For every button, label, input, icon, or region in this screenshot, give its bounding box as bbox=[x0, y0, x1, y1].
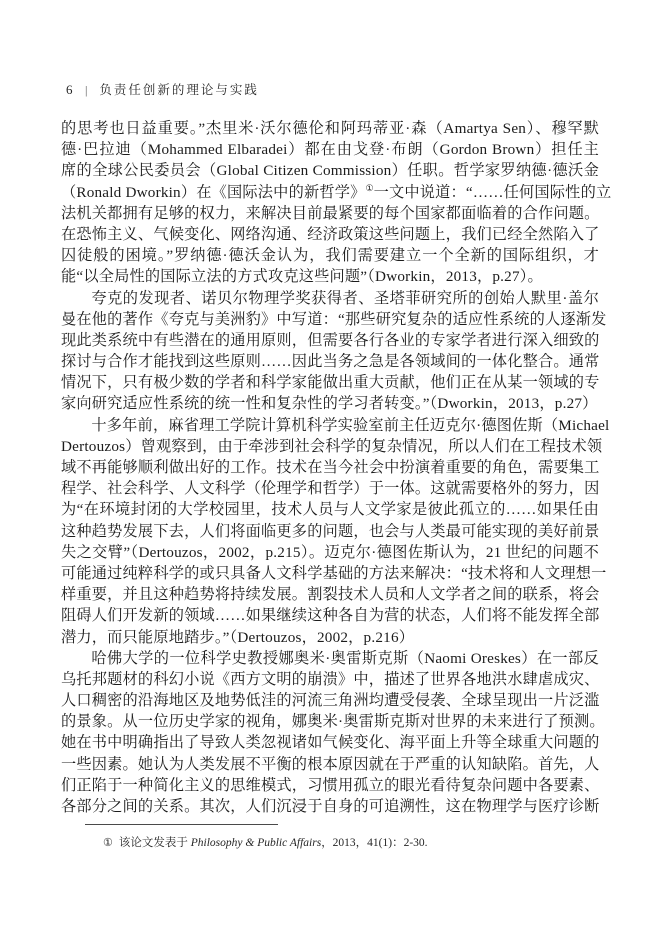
text-line: （Ronald Dworkin）在《国际法中的新哲学》①一文中说道：“……任何国… bbox=[61, 182, 599, 203]
footnote-ref: ① bbox=[366, 183, 374, 193]
text-line: 这种趋势发展下去，人们将面临更多的问题，也会与人类最可能实现的美好前景 bbox=[61, 521, 599, 542]
text-line: 法机关都拥有足够的权力，来解决目前最紧要的每个国家都面临着的合作问题。 bbox=[61, 203, 599, 224]
header-separator: | bbox=[85, 83, 87, 98]
text-line: 家向研究适应性系统的统一性和复杂性的学习者转变。”（Dworkin，2013，p… bbox=[61, 393, 599, 414]
text-line: 各部分之间的关系。其次，人们沉浸于自身的可追溯性，这在物理学与医疗诊断 bbox=[61, 796, 599, 817]
text-line: 的思考也日益重要。”杰里米·沃尔德伦和阿玛蒂亚·森（Amartya Sen）、穆… bbox=[61, 118, 599, 139]
text-line: 能“以全局性的国际立法的方式攻克这些问题”（Dworkin，2013，p.27）… bbox=[61, 266, 599, 287]
text-line: 样重要，并且这种趋势将持续发展。割裂技术人员和人文学者之间的联系，将会 bbox=[61, 584, 599, 605]
chapter-title: 负责任创新的理论与实践 bbox=[99, 80, 259, 98]
text-line: 席的全球公民委员会（Global Citizen Commission）任职。哲… bbox=[61, 160, 599, 181]
text-line: 在恐怖主义、气候变化、网络沟通、经济政策这些问题上，我们已经全然陷入了 bbox=[61, 224, 599, 245]
text-line: 域不再能够顺利做出好的工作。技术在当今社会中扮演着重要的角色，需要集工 bbox=[61, 457, 599, 478]
text-line: 现此类系统中有些潜在的通用原则，但需要各行各业的专家学者进行深入细致的 bbox=[61, 330, 599, 351]
text-line: 阻碍人们开发新的领域……如果继续这种各自为营的状态，人们将不能发挥全部 bbox=[61, 605, 599, 626]
footnote-journal-name: Philosophy & Public Affairs bbox=[191, 837, 321, 849]
footnote-text-after: ，2013，41(1)：2-30. bbox=[321, 837, 427, 849]
text-line: 曼在他的著作《夸克与美洲豹》中写道：“那些研究复杂的适应性系统的人逐渐发 bbox=[61, 309, 599, 330]
text-line: 为“在环境封闭的大学校园里，技术人员与人文学家是彼此孤立的……如果任由 bbox=[61, 499, 599, 520]
text-line: 情况下，只有极少数的学者和科学家能做出重大贡献，他们正在从某一领域的专 bbox=[61, 372, 599, 393]
book-page: 6 | 负责任创新的理论与实践 的思考也日益重要。”杰里米·沃尔德伦和阿玛蒂亚·… bbox=[0, 0, 661, 925]
text-line: 德·巴拉迪（Mohammed Elbaradei）都在由戈登·布朗（Gordon… bbox=[61, 139, 599, 160]
text-line: 的景象。从一位历史学家的视角，娜奥米·奥雷斯克斯对世界的未来进行了预测。 bbox=[61, 711, 599, 732]
footnote: ①该论文发表于 Philosophy & Public Affairs，2013… bbox=[103, 835, 583, 851]
text-line: 可能通过纯粹科学的或只具备人文科学基础的方法来解决：“技术将和人文理想一 bbox=[61, 563, 599, 584]
text-line: 囚徒般的困境。”罗纳德·德沃金认为，我们需要建立一个全新的国际组织，才 bbox=[61, 245, 599, 266]
page-number: 6 bbox=[66, 82, 73, 98]
text-line: 夸克的发现者、诺贝尔物理学奖获得者、圣塔菲研究所的创始人默里·盖尔 bbox=[61, 288, 599, 309]
body-text: 的思考也日益重要。”杰里米·沃尔德伦和阿玛蒂亚·森（Amartya Sen）、穆… bbox=[61, 118, 599, 817]
text-line: 乌托邦题材的科幻小说《西方文明的崩溃》中，描述了世界各地洪水肆虐成灾、 bbox=[61, 669, 599, 690]
footnote-marker: ① bbox=[103, 837, 113, 849]
text-line: 程学、社会科学、人文科学（伦理学和哲学）于一体。这就需要格外的努力，因 bbox=[61, 478, 599, 499]
text-line: 探讨与合作才能找到这些原则……因此当务之急是各领域间的一体化整合。通常 bbox=[61, 351, 599, 372]
text-line: 哈佛大学的一位科学史教授娜奥米·奥雷斯克斯（Naomi Oreskes）在一部反 bbox=[61, 648, 599, 669]
text-line: 人口稠密的沿海地区及地势低洼的河流三角洲均遭受侵袭、全球呈现出一片泛滥 bbox=[61, 690, 599, 711]
text-line: 十多年前，麻省理工学院计算机科学实验室前主任迈克尔·德图佐斯（Michael bbox=[61, 415, 599, 436]
text-line: 们正陷于一种简化主义的思维模式，习惯用孤立的眼光看待复杂问题中各要素、 bbox=[61, 775, 599, 796]
footnote-text-before: 该论文发表于 bbox=[119, 837, 191, 849]
text-line: 潜力，而只能原地踏步。”（Dertouzos，2002，p.216） bbox=[61, 627, 599, 648]
running-header: 6 | 负责任创新的理论与实践 bbox=[66, 80, 259, 98]
text-line: 失之交臂”（Dertouzos，2002，p.215）。迈克尔·德图佐斯认为，2… bbox=[61, 542, 599, 563]
text-line: 一些因素。她认为人类发展不平衡的根本原因就在于严重的认知缺陷。首先，人 bbox=[61, 754, 599, 775]
footnote-divider bbox=[85, 824, 278, 825]
text-line: Dertouzos）曾观察到，由于牵涉到社会科学的复杂情况，所以人们在工程技术领 bbox=[61, 436, 599, 457]
text-line: 她在书中明确指出了导致人类忽视诸如气候变化、海平面上升等全球重大问题的 bbox=[61, 732, 599, 753]
